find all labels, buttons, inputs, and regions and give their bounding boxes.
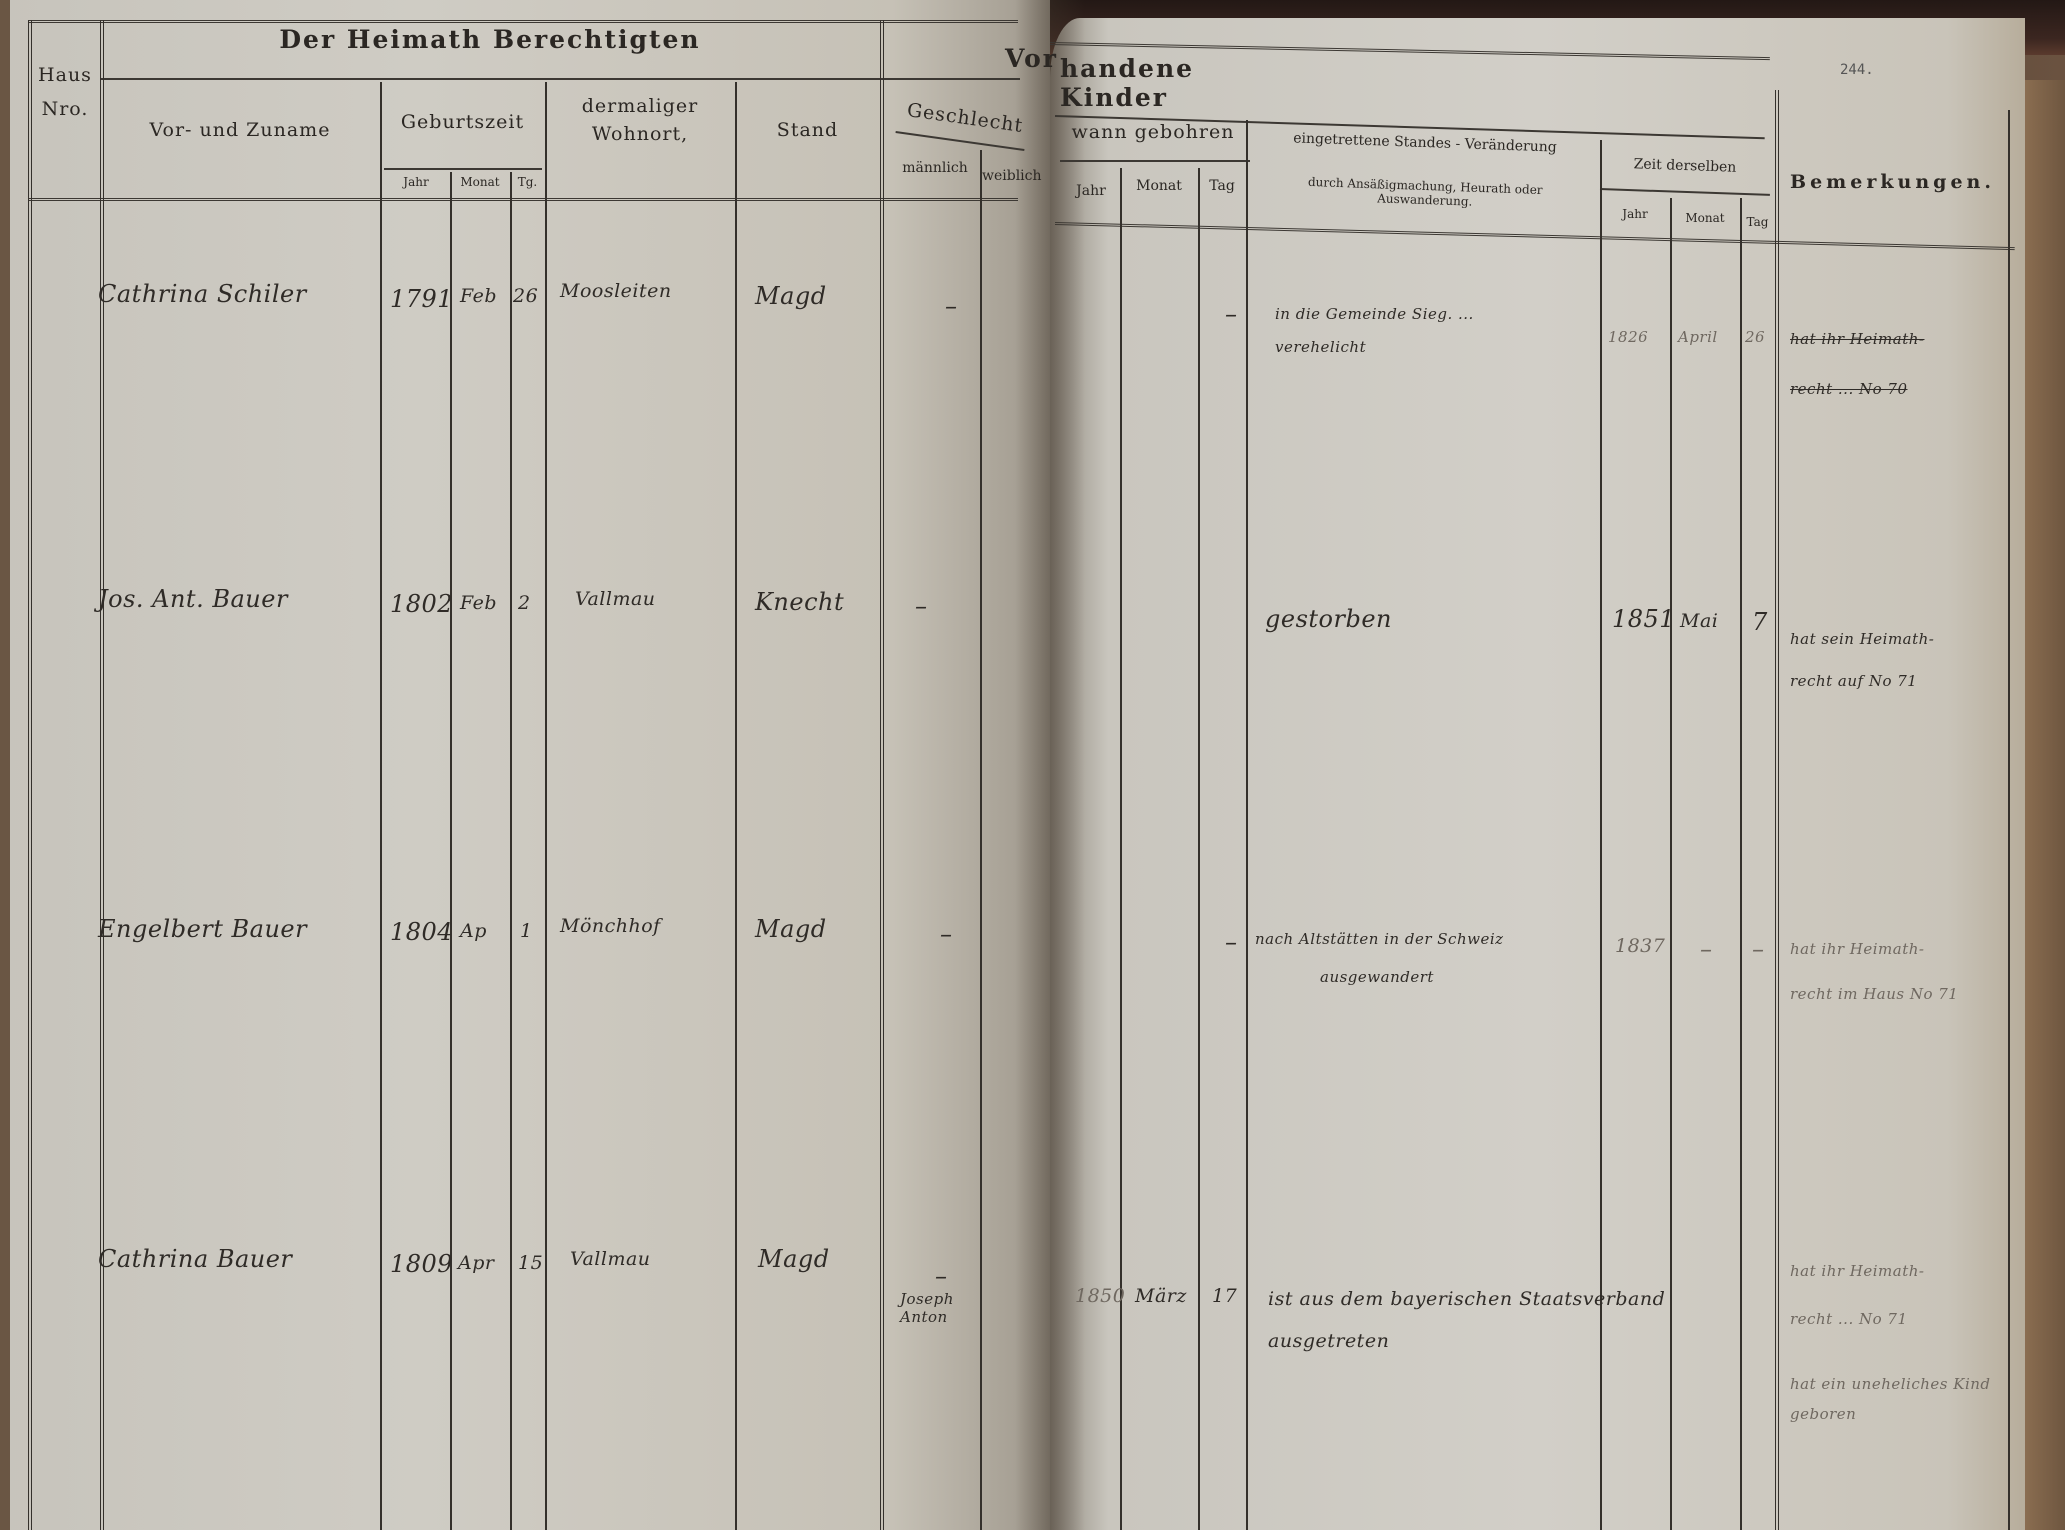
entry-change-line1: nach Altstätten in der Schweiz <box>1255 930 1504 948</box>
entry-remarks-line2: recht auf No 71 <box>1790 672 1917 690</box>
entry-child-born-day: 17 <box>1212 1285 1237 1307</box>
entry-child-born-year: 1850 <box>1075 1285 1125 1307</box>
entry-remarks-line1: hat ihr Heimath- <box>1790 1262 1924 1280</box>
col-rule <box>1198 168 1200 1530</box>
entry-birth-month: Feb <box>460 592 497 614</box>
entry-residence: Vallmau <box>575 588 656 610</box>
col-rule <box>450 172 452 1530</box>
nro-label: Nro. <box>30 99 100 121</box>
entry-change-month: April <box>1678 328 1718 346</box>
residence-line2: Wohnort, <box>545 124 735 146</box>
col-rule <box>380 82 382 1530</box>
entry-change-day: 26 <box>1745 328 1765 346</box>
entry-status: Knecht <box>755 588 844 616</box>
entry-status: Magd <box>758 1245 830 1273</box>
col-header-status: Stand <box>735 120 880 142</box>
entry-change-month: – <box>1700 935 1713 963</box>
entry-child-born-month: März <box>1135 1285 1187 1307</box>
col-rule <box>2008 110 2010 1530</box>
col-header-born-year: Jahr <box>1062 183 1120 199</box>
entry-child-male: Joseph Anton <box>900 1290 975 1326</box>
col-header-change-year: Jahr <box>1600 208 1670 222</box>
haus-nro-header: Haus Nro. <box>30 65 100 121</box>
col-rule <box>1775 90 1779 1530</box>
entry-birth-day: 2 <box>518 592 531 614</box>
col-rule <box>880 20 884 1530</box>
entry-change-line2: ausgewandert <box>1320 968 1434 986</box>
col-header-residence: dermaliger Wohnort, <box>545 96 735 146</box>
col-rule <box>1246 120 1248 1530</box>
col-header-change-day: Tag <box>1740 216 1775 230</box>
col-rule <box>100 20 104 1530</box>
top-rule-left <box>28 20 1018 23</box>
entry-residence: Moosleiten <box>560 280 672 302</box>
entry-residence: Mönchhof <box>560 915 661 937</box>
entry-remarks-line2: recht ... No 71 <box>1790 1310 1908 1328</box>
col-header-remarks: Bemerkungen. <box>1780 172 2005 194</box>
entry-remarks-line3: hat ein uneheliches Kind <box>1790 1375 1991 1393</box>
entry-change-year: 1851 <box>1612 605 1675 633</box>
col-rule <box>980 150 982 1530</box>
col-rule <box>28 20 32 1530</box>
entry-name: Cathrina Bauer <box>98 1245 292 1273</box>
entry-birth-day: 1 <box>520 920 533 942</box>
entry-remarks-line2: recht im Haus No 71 <box>1790 985 1958 1003</box>
entry-change-line1: ist aus dem bayerischen Staatsverband <box>1268 1288 1665 1310</box>
entry-birth-year: 1802 <box>390 590 453 618</box>
entry-birth-month: Ap <box>460 920 487 942</box>
entry-change-line1: gestorben <box>1265 605 1392 633</box>
entry-birth-day: 15 <box>518 1252 543 1274</box>
entry-change-line2: ausgetreten <box>1268 1330 1389 1352</box>
entry-change-year: 1837 <box>1615 935 1665 957</box>
col-header-born-month: Monat <box>1120 178 1198 194</box>
entry-change-line1: in die Gemeinde Sieg. ... <box>1275 305 1474 323</box>
book-cover-edge <box>2025 80 2065 1530</box>
entry-birth-year: 1809 <box>390 1250 453 1278</box>
entry-remarks-line1: hat sein Heimath- <box>1790 630 1934 648</box>
entry-remarks-line2: recht ... No 70 <box>1790 380 1908 398</box>
col-header-birth-day: Tg. <box>510 176 545 190</box>
page-number: 244. <box>1840 62 1874 78</box>
col-header-female: weiblich <box>982 168 1042 184</box>
entry-name: Cathrina Schiler <box>98 280 307 308</box>
group-title-children-part2: handene Kinder <box>1060 55 1300 113</box>
entry-change-month: Mai <box>1680 610 1718 632</box>
entry-child-female: – <box>940 920 953 948</box>
entry-birth-day: 26 <box>513 285 538 307</box>
entry-child-female: – <box>935 1262 948 1290</box>
left-page <box>0 0 1050 1530</box>
col-rule <box>735 82 737 1530</box>
entry-child-female: – <box>915 592 928 620</box>
entry-remarks-line1: hat ihr Heimath- <box>1790 940 1924 958</box>
entry-birth-year: 1791 <box>390 285 453 313</box>
left-page-edge <box>0 0 10 1530</box>
entry-change-day: 7 <box>1752 608 1768 636</box>
entry-remarks-line4: geboren <box>1790 1405 1856 1423</box>
group-title-children-part1: Vor <box>1005 45 1055 74</box>
entry-change-day: – <box>1752 935 1765 963</box>
entry-status: Magd <box>755 282 827 310</box>
col-header-change-month: Monat <box>1670 212 1740 226</box>
born-sub-rule <box>1060 160 1250 162</box>
col-rule <box>1670 198 1672 1530</box>
entry-child-female: – <box>945 292 958 320</box>
col-header-born: wann gebohren <box>1060 122 1246 144</box>
col-header-birth: Geburtszeit <box>380 112 545 134</box>
entry-name: Engelbert Bauer <box>98 915 307 943</box>
entry-remarks-line1: hat ihr Heimath- <box>1790 330 1924 348</box>
entry-birth-month: Feb <box>460 285 497 307</box>
col-rule <box>1120 168 1122 1530</box>
header-bottom-rule-left <box>28 198 1018 201</box>
residence-line1: dermaliger <box>545 96 735 118</box>
col-header-birth-month: Monat <box>450 176 510 190</box>
entry-name: Jos. Ant. Bauer <box>98 585 288 613</box>
entry-birth-month: Apr <box>458 1252 494 1274</box>
col-rule <box>510 172 512 1530</box>
group-title-heimath: Der Heimath Berechtigten <box>100 26 880 55</box>
entry-change-year: 1826 <box>1608 328 1648 346</box>
entry-status: Magd <box>755 915 827 943</box>
entry-change-line2: verehelicht <box>1275 338 1366 356</box>
entry-child-born-day: – <box>1225 928 1238 956</box>
col-rule <box>1740 198 1742 1530</box>
col-rule <box>1600 140 1602 1530</box>
entry-birth-year: 1804 <box>390 918 453 946</box>
col-header-birth-year: Jahr <box>382 176 450 190</box>
entry-child-born-day: – <box>1225 300 1238 328</box>
entry-residence: Vallmau <box>570 1248 651 1270</box>
col-rule <box>545 82 547 1530</box>
col-header-male: männlich <box>890 160 980 176</box>
birth-sub-rule <box>384 168 542 170</box>
col-header-name: Vor- und Zuname <box>100 120 380 142</box>
haus-label: Haus <box>30 65 100 87</box>
col-header-born-day: Tag <box>1198 178 1246 194</box>
